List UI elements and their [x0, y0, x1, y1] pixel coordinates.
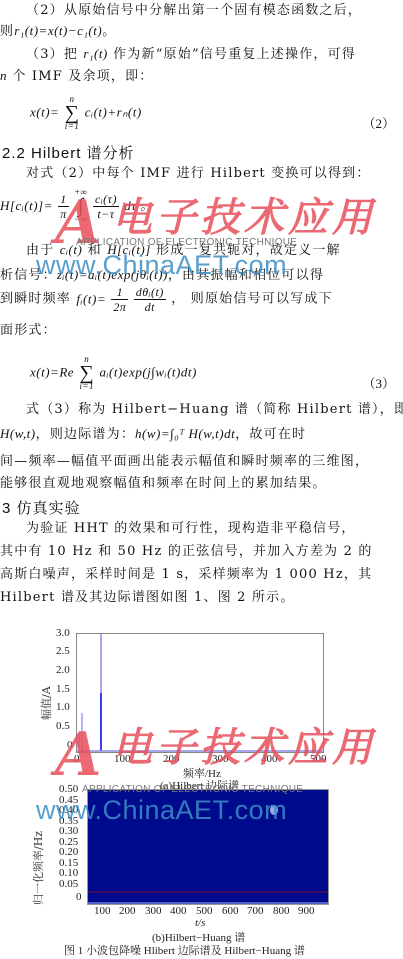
- numerator: cᵢ(τ): [93, 192, 119, 207]
- paragraph-analytic-line1: 由于 cᵢ(t) 和 H[cᵢ(t)] 形成一复共轭对，故定义一解: [26, 241, 341, 260]
- chart-a-ytick: 2.0: [56, 664, 70, 676]
- text: 析信号：: [0, 268, 57, 283]
- chart-a-xtick: 300: [212, 753, 229, 765]
- eq-lhs: x(t)=Re: [30, 365, 74, 380]
- chart-a-xtick: 400: [261, 753, 278, 765]
- paragraph-sim-line1: 为验证 HHT 的效果和可行性，现构造非平稳信号，: [26, 520, 356, 538]
- text: ，故可在时: [235, 427, 306, 442]
- text: （3）把: [26, 47, 83, 62]
- section-heading-2-2: 2.2 Hilbert 谱分析: [2, 142, 135, 163]
- formula-zi: zᵢ(t)=aᵢ(t)exp(jθᵢ(t)): [57, 267, 168, 282]
- formula-ci: cᵢ(t): [60, 242, 83, 257]
- chart-a-xtick: 100: [114, 753, 131, 765]
- equation-2: x(t)= n ∑ i=1 cᵢ(t)+rₙ(t): [30, 95, 142, 131]
- summation-symbol: n ∑ i=1: [65, 95, 80, 131]
- sigma-icon: ∑: [65, 104, 80, 122]
- chart-a-ytick: 2.5: [56, 645, 70, 657]
- formula-hci: H[cᵢ(t)]: [107, 242, 151, 257]
- paragraph-hht-line3: 间—频率—幅值平面画出能表示幅值和瞬时频率的三维图，: [0, 453, 369, 471]
- text: 作为新“原始”信号重复上述操作，可得: [108, 47, 356, 62]
- paragraph-step2-line2: 则r₁(t)=x(t)−c₁(t)。: [0, 22, 116, 41]
- chart-a-ytick: 0: [67, 739, 73, 751]
- text: 和: [82, 243, 107, 258]
- sum-lower: i=1: [65, 121, 80, 131]
- chart-b-xtick: 200: [119, 905, 136, 917]
- paragraph-hilbert-line1: 对式（2）中每个 IMF 进行 Hilbert 变换可以得到：: [26, 165, 371, 183]
- paragraph-step3-line1: （3）把 r₁(t) 作为新“原始”信号重复上述操作，可得: [26, 45, 356, 64]
- equation-number-3: （3）: [362, 373, 395, 392]
- fraction-ci-over-t: cᵢ(τ) t−τ: [93, 192, 119, 221]
- chart-a-ytick: 3.0: [56, 627, 70, 639]
- formula-r1: r₁(t)=x(t)−c₁(t): [14, 23, 102, 38]
- paragraph-hht-line2: H(w,t)，则边际谱为：h(w)=∫₀ᵀ H(w,t)dt，故可在时: [0, 425, 306, 444]
- sigma-icon: ∑: [79, 364, 94, 382]
- integral-lower: −∞: [74, 214, 88, 224]
- chart-a-ytick: 1.5: [56, 683, 70, 695]
- text: ，由其振幅和相位可以得: [168, 268, 324, 283]
- chart-b-xtick: 700: [247, 905, 264, 917]
- chart-a-xtick: 0: [74, 753, 80, 765]
- chart-b-ylabel: 归一化频率/Hz: [30, 831, 46, 905]
- chart-b-xtick: 300: [145, 905, 162, 917]
- numerator: dθᵢ(t): [134, 285, 166, 300]
- integral-icon: ∫: [74, 197, 88, 215]
- equation-3: x(t)=Re n ∑ i=1 aᵢ(t)exp(j∫wᵢ(t)dt): [30, 355, 197, 391]
- chart-b-xtick: 900: [298, 905, 315, 917]
- paragraph-hht-line4: 能够很直观地观察幅值和频率在时间上的累加结果。: [0, 475, 327, 493]
- chart-b-xlabel: t/s: [195, 917, 205, 929]
- eq-rhs: cᵢ(t)+rₙ(t): [85, 105, 142, 120]
- eq-lhs: H[cᵢ(t)]=: [0, 198, 53, 213]
- paragraph-sim-line4: Hilbert 谱及其边际谱图如图 1、图 2 所示。: [0, 589, 295, 607]
- formula-hw: h(w)=∫₀ᵀ H(w,t)dt: [135, 426, 235, 441]
- section-heading-3: 3 仿真实验: [2, 497, 81, 518]
- chart-a-xtick: 200: [163, 753, 180, 765]
- text: 则: [0, 24, 14, 39]
- text: 形成一复共轭对，故定义一解: [151, 243, 341, 258]
- text: 到瞬时频率: [0, 292, 76, 307]
- paragraph-step2-line1: （2）从原始信号中分解出第一个固有模态函数之后，: [26, 2, 362, 20]
- text: ， 则原始信号可以写成下: [171, 292, 333, 307]
- integral-symbol: +∞ ∫ −∞: [74, 188, 88, 224]
- formula-r1: r₁(t): [83, 46, 107, 61]
- paragraph-step3-line2: n 个 IMF 及余项，即：: [0, 67, 153, 86]
- numerator: 1: [58, 192, 69, 207]
- denominator: t−τ: [93, 207, 119, 221]
- chart-b-heatmap: [87, 789, 329, 905]
- chart-b-xtick: 100: [94, 905, 111, 917]
- denominator: dt: [134, 300, 166, 314]
- paragraph-analytic-line2: 析信号：zᵢ(t)=aᵢ(t)exp(jθᵢ(t))，由其振幅和相位可以得: [0, 266, 324, 285]
- text: 个 IMF 及余项，即：: [7, 69, 153, 84]
- fraction-dtheta-dt: dθᵢ(t) dt: [134, 285, 166, 314]
- equation-hilbert-transform: H[cᵢ(t)]= 1 π +∞ ∫ −∞ cᵢ(τ) t−τ dτ 。: [0, 188, 154, 224]
- fraction-1-over-pi: 1 π: [58, 192, 69, 221]
- paragraph-sim-line3: 高斯白噪声，采样时间是 1 s，采样频率为 1 000 Hz，其: [0, 566, 372, 584]
- denominator: 2π: [111, 300, 128, 314]
- denominator: π: [58, 207, 69, 221]
- equation-number-2: （2）: [362, 113, 395, 132]
- chart-b-ytick: 0: [76, 891, 82, 903]
- formula-n: n: [0, 68, 7, 83]
- chart-a-xtick: 500: [310, 753, 327, 765]
- chart-b-xtick: 400: [170, 905, 187, 917]
- numerator: 1: [111, 285, 128, 300]
- chart-b-xtick: 500: [196, 905, 213, 917]
- eq-rhs: aᵢ(t)exp(j∫wᵢ(t)dt): [99, 365, 196, 380]
- chart-a-plot-area: [76, 633, 324, 753]
- paragraph-analytic-line3: 到瞬时频率 fᵢ(t)= 1 2π dθᵢ(t) dt ， 则原始信号可以写成下: [0, 285, 333, 321]
- formula-hwt: H(w,t): [0, 426, 36, 441]
- chart-a-bars: [77, 634, 323, 752]
- paragraph-hht-line1: 式（3）称为 Hilbert−Huang 谱（简称 Hilbert 谱），即: [26, 401, 403, 419]
- text: 。: [102, 24, 116, 39]
- formula-fi: fᵢ(t)=: [76, 292, 106, 307]
- chart-b-features: [88, 790, 328, 904]
- summation-symbol: n ∑ i=1: [79, 355, 94, 391]
- chart-b-xtick: 600: [222, 905, 239, 917]
- eq-tail: dτ 。: [124, 198, 153, 213]
- sum-lower: i=1: [79, 381, 94, 391]
- chart-a-ylabel: 幅值/A: [38, 686, 54, 720]
- eq-lhs: x(t)=: [30, 105, 59, 120]
- paragraph-analytic-line4: 面形式：: [0, 322, 57, 340]
- text: ，则边际谱为：: [36, 427, 135, 442]
- chart-a-ytick: 0.5: [56, 720, 70, 732]
- paragraph-sim-line2: 其中有 10 Hz 和 50 Hz 的正弦信号，并加入方差为 2 的: [0, 543, 373, 561]
- chart-b-xtick: 800: [273, 905, 290, 917]
- text: 由于: [26, 243, 60, 258]
- chart-a-ytick: 1.0: [56, 701, 70, 713]
- chart-b-ytick: 0.05: [59, 878, 78, 890]
- fraction-1-over-2pi: 1 2π: [111, 285, 128, 314]
- figure-caption: 图 1 小波包降噪 Hlibert 边际谱及 Hilbert−Huang 谱: [64, 942, 305, 958]
